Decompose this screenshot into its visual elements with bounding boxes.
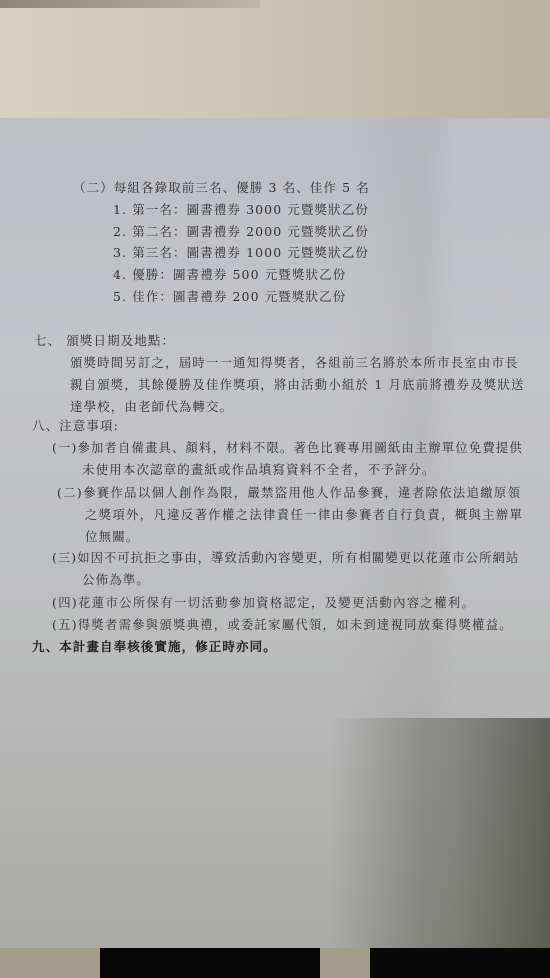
- notice-item-2: (二)參賽作品以個人創作為限，嚴禁盜用他人作品參賽，違者除依法追繳原領: [57, 483, 521, 501]
- award-item: 2. 第二名：圖書禮券 2000 元暨獎狀乙份: [113, 222, 369, 240]
- award-item: 4. 優勝：圖書禮券 500 元暨獎狀乙份: [113, 265, 346, 283]
- notice-item-1: (一)參加者自備畫具、顏料，材料不限。著色比賽專用圖紙由主辦單位免費提供: [52, 438, 523, 456]
- notice-item-3-cont: 公佈為準。: [82, 570, 150, 588]
- notice-item-2-cont: 之獎項外，凡違反著作權之法律責任一律由參賽者自行負責，概與主辦單: [85, 505, 523, 523]
- section8-heading: 八、注意事項:: [32, 416, 119, 434]
- award-item: 3. 第三名：圖書禮券 1000 元暨獎狀乙份: [113, 243, 369, 261]
- section7-line: 親自頒獎，其餘優勝及佳作獎項，將由活動小組於 1 月底前將禮券及獎狀送: [70, 375, 525, 393]
- dark-object: [100, 946, 320, 978]
- background-wall: [0, 0, 550, 120]
- notice-item-3: (三)如因不可抗拒之事由，導致活動內容變更，所有相關變更以花蓮市公所網站: [52, 548, 519, 566]
- notice-item-2-cont: 位無關。: [85, 527, 139, 545]
- award-item: 5. 佳作：圖書禮券 200 元暨獎狀乙份: [113, 287, 346, 305]
- award-item: 1. 第一名：圖書禮券 3000 元暨獎狀乙份: [113, 200, 369, 218]
- document-page: （二）每組各錄取前三名、優勝 3 名、佳作 5 名 1. 第一名：圖書禮券 30…: [0, 118, 550, 948]
- notice-item-4: (四)花蓮市公所保有一切活動參加資格認定，及變更活動內容之權利。: [52, 593, 475, 611]
- shadow: [330, 718, 550, 948]
- section7-heading: 七、 頒獎日期及地點：: [34, 331, 175, 349]
- notice-item-5: (五)得獎者需參與頒獎典禮，或委託家屬代領，如未到達視同放棄得獎權益。: [52, 615, 513, 633]
- dark-object: [370, 948, 550, 978]
- section9-heading: 九、本計畫自奉核後實施，修正時亦同。: [32, 637, 277, 655]
- awards-heading: （二）每組各錄取前三名、優勝 3 名、佳作 5 名: [73, 178, 370, 196]
- section7-line: 頒獎時間另訂之，屆時一一通知得獎者，各組前三名將於本所市長室由市長: [70, 353, 519, 371]
- section7-line: 達學校，由老師代為轉交。: [70, 397, 233, 415]
- notice-item-1-cont: 未使用本次認章的畫紙或作品填寫資料不全者，不予評分。: [82, 460, 436, 478]
- wall-edge: [0, 0, 260, 8]
